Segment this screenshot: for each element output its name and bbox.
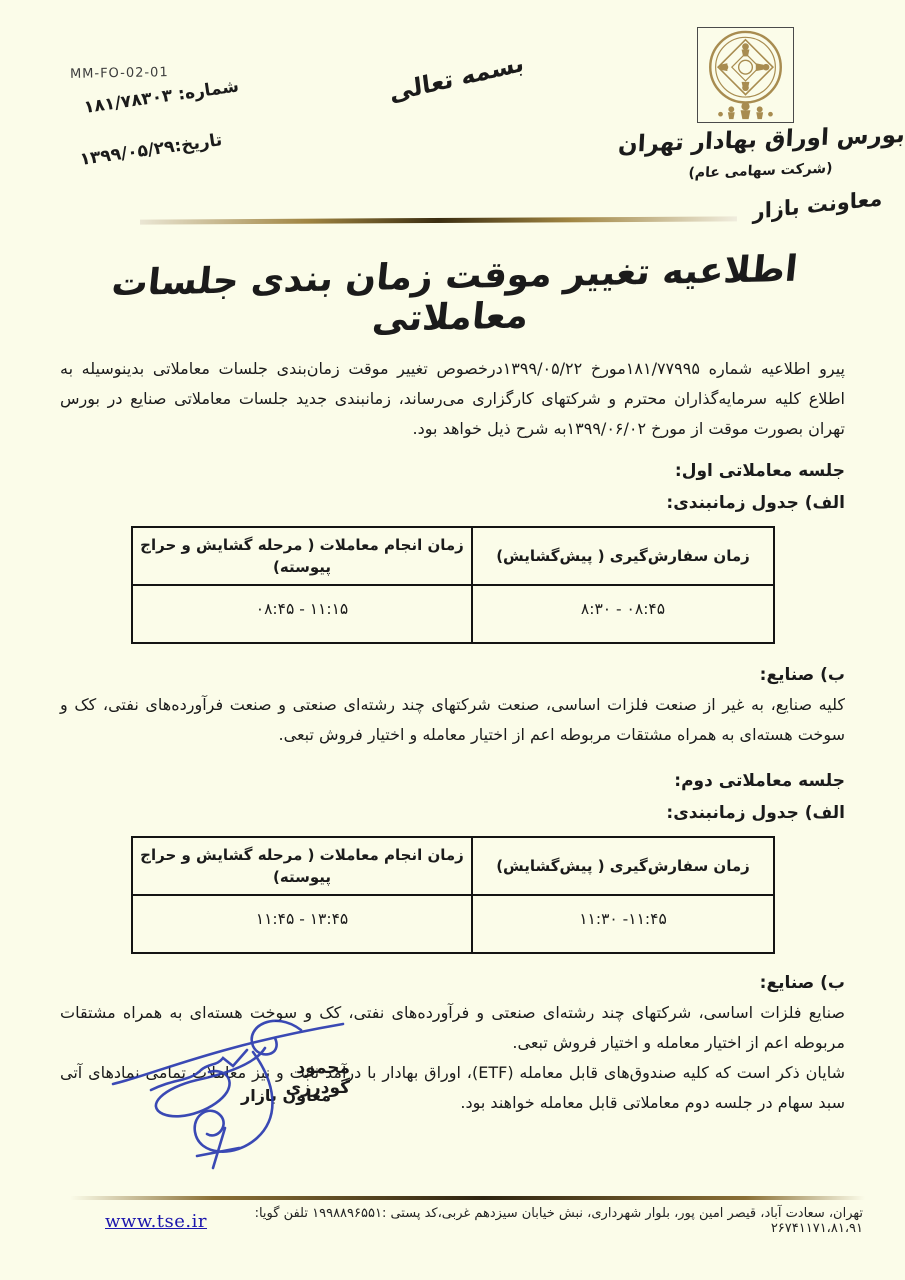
session2-industries-label: ب) صنایع:	[60, 968, 845, 998]
table-row: ۱۱:۳۰ -۱۱:۴۵ ۱۱:۴۵ - ۱۳:۴۵	[132, 895, 774, 953]
org-type: (شرکت سهامی عام)	[658, 159, 864, 182]
form-code: MM-FO-02-01	[70, 65, 169, 82]
page-title: اطلاعیه تغییر موقت زمان بندی جلسات معامل…	[56, 248, 849, 347]
session2-heading: جلسه معاملاتی دوم:	[60, 766, 845, 796]
announcement-document: MM-FO-02-01 شماره: ۱۸۱/۷۸۳۰۳ تاریخ:۱۳۹۹/…	[0, 0, 905, 1280]
footer-address: تهران، سعادت آباد، قیصر امین پور، بلوار …	[207, 1206, 863, 1236]
intro-paragraph: پیرو اطلاعیه شماره ۱۸۱/۷۷۹۹۵مورخ ۱۳۹۹/۰۵…	[60, 354, 845, 444]
tse-emblem-icon	[698, 28, 793, 122]
session1-timing-table: زمان سفارش‌گیری ( پیش‌گشایش) زمان انجام …	[131, 526, 775, 644]
document-body: پیرو اطلاعیه شماره ۱۸۱/۷۷۹۹۵مورخ ۱۳۹۹/۰۵…	[60, 354, 845, 1118]
header-divider	[140, 216, 737, 224]
session1-col-order-header: زمان سفارش‌گیری ( پیش‌گشایش)	[472, 527, 774, 585]
table-row: ۸:۳۰ - ۰۸:۴۵ ۰۸:۴۵ - ۱۱:۱۵	[132, 585, 774, 643]
signature-block: محمود گودرزی معاون بازار	[105, 1008, 350, 1176]
website-link[interactable]: www.tse.ir	[105, 1211, 207, 1232]
session1-order-time: ۸:۳۰ - ۰۸:۴۵	[472, 585, 774, 643]
market-deputy-label: معاونت بازار	[740, 185, 894, 225]
footer-divider	[70, 1196, 865, 1200]
session1-col-trade-header: زمان انجام معاملات ( مرحله گشایش و حراج …	[132, 527, 472, 585]
session2-trade-time: ۱۱:۴۵ - ۱۳:۴۵	[132, 895, 472, 953]
document-date: تاریخ:۱۳۹۹/۰۵/۲۹	[79, 130, 224, 170]
session2-timing-table: زمان سفارش‌گیری ( پیش‌گشایش) زمان انجام …	[131, 836, 775, 954]
session2-col-order-header: زمان سفارش‌گیری ( پیش‌گشایش)	[472, 837, 774, 895]
session1-trade-time: ۰۸:۴۵ - ۱۱:۱۵	[132, 585, 472, 643]
session1-industries-label: ب) صنایع:	[60, 660, 845, 690]
besmellah-calligraphy: بسمه تعالی	[388, 49, 525, 108]
tse-logo-frame	[697, 27, 794, 123]
handwritten-signature-icon	[105, 1008, 350, 1176]
document-number: شماره: ۱۸۱/۷۸۳۰۳	[83, 76, 241, 118]
session1-table-label: الف) جدول زمانبندی:	[60, 488, 845, 518]
footer: تهران، سعادت آباد، قیصر امین پور، بلوار …	[105, 1206, 863, 1236]
session2-table-label: الف) جدول زمانبندی:	[60, 798, 845, 828]
session2-col-trade-header: زمان انجام معاملات ( مرحله گشایش و حراج …	[132, 837, 472, 895]
session1-industries-text: کلیه صنایع، به غیر از صنعت فلزات اساسی، …	[60, 690, 845, 750]
session2-order-time: ۱۱:۳۰ -۱۱:۴۵	[472, 895, 774, 953]
session1-heading: جلسه معاملاتی اول:	[60, 456, 845, 486]
org-name: بورس اوراق بهادار تهران	[617, 122, 905, 158]
